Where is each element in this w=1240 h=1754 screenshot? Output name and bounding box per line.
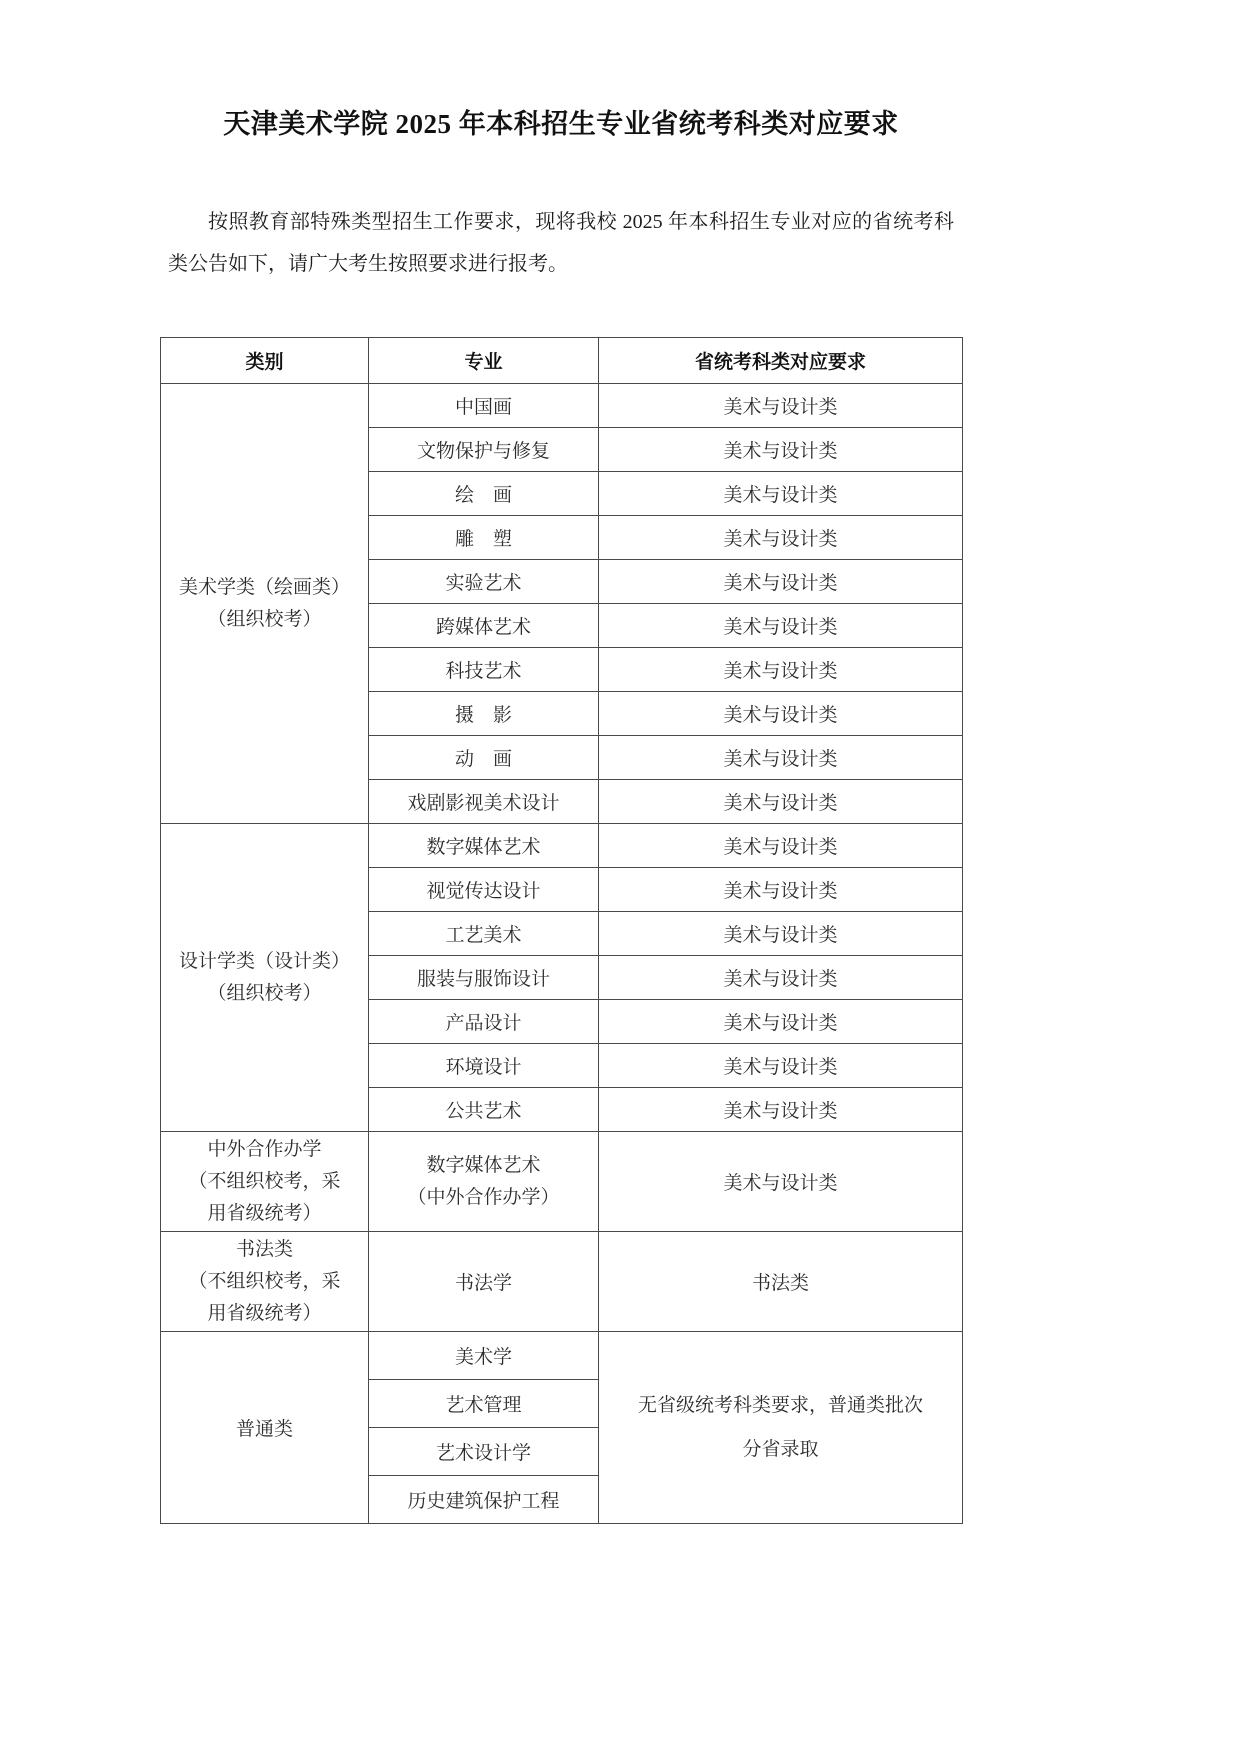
major-cell: 视觉传达设计 xyxy=(369,868,599,912)
header-cell-requirement: 省统考科类对应要求 xyxy=(599,338,963,384)
requirement-cell: 美术与设计类 xyxy=(599,1000,963,1044)
requirement-cell: 美术与设计类 xyxy=(599,824,963,868)
requirement-cell: 美术与设计类 xyxy=(599,516,963,560)
major-cell: 科技艺术 xyxy=(369,648,599,692)
category-cell-calligraphy: 书法类 （不组织校考，采 用省级统考） xyxy=(161,1232,369,1332)
major-cell: 产品设计 xyxy=(369,1000,599,1044)
requirement-cell: 美术与设计类 xyxy=(599,956,963,1000)
admissions-requirement-table: 类别 专业 省统考科类对应要求 美术学类（绘画类） （组织校考） 中国画 美术与… xyxy=(160,337,963,1524)
requirement-cell: 美术与设计类 xyxy=(599,428,963,472)
header-cell-major: 专业 xyxy=(369,338,599,384)
requirement-cell: 美术与设计类 xyxy=(599,912,963,956)
header-cell-category: 类别 xyxy=(161,338,369,384)
category-line: 美术学类（绘画类） xyxy=(165,572,364,604)
major-cell: 动 画 xyxy=(369,736,599,780)
table-row: 中外合作办学 （不组织校考，采 用省级统考） 数字媒体艺术 （中外合作办学） 美… xyxy=(161,1132,963,1232)
major-line: （中外合作办学） xyxy=(373,1182,594,1214)
requirement-cell: 美术与设计类 xyxy=(599,472,963,516)
intro-paragraph: 按照教育部特殊类型招生工作要求，现将我校 2025 年本科招生专业对应的省统考科… xyxy=(168,201,954,285)
major-cell: 环境设计 xyxy=(369,1044,599,1088)
major-cell: 雕 塑 xyxy=(369,516,599,560)
major-cell: 美术学 xyxy=(369,1332,599,1380)
category-line: 中外合作办学 xyxy=(165,1134,364,1166)
category-cell-design: 设计学类（设计类） （组织校考） xyxy=(161,824,369,1132)
table-row: 书法类 （不组织校考，采 用省级统考） 书法学 书法类 xyxy=(161,1232,963,1332)
major-cell: 工艺美术 xyxy=(369,912,599,956)
requirement-cell-general: 无省级统考科类要求，普通类批次 分省录取 xyxy=(599,1332,963,1524)
major-cell: 数字媒体艺术 （中外合作办学） xyxy=(369,1132,599,1232)
major-cell: 公共艺术 xyxy=(369,1088,599,1132)
major-cell: 戏剧影视美术设计 xyxy=(369,780,599,824)
table-row: 设计学类（设计类） （组织校考） 数字媒体艺术 美术与设计类 xyxy=(161,824,963,868)
requirement-cell: 美术与设计类 xyxy=(599,1132,963,1232)
category-cell-general: 普通类 xyxy=(161,1332,369,1524)
major-cell: 艺术设计学 xyxy=(369,1428,599,1476)
requirement-cell: 美术与设计类 xyxy=(599,780,963,824)
requirement-cell: 美术与设计类 xyxy=(599,736,963,780)
category-line: （组织校考） xyxy=(165,604,364,636)
page-title: 天津美术学院 2025 年本科招生专业省统考科类对应要求 xyxy=(160,102,962,141)
requirement-cell: 美术与设计类 xyxy=(599,648,963,692)
major-cell: 历史建筑保护工程 xyxy=(369,1476,599,1524)
major-cell: 艺术管理 xyxy=(369,1380,599,1428)
major-cell: 文物保护与修复 xyxy=(369,428,599,472)
category-line: （不组织校考，采 xyxy=(165,1266,364,1298)
category-line: （组织校考） xyxy=(165,978,364,1010)
requirement-cell: 美术与设计类 xyxy=(599,604,963,648)
category-line: 书法类 xyxy=(165,1234,364,1266)
requirement-cell: 美术与设计类 xyxy=(599,1044,963,1088)
major-cell: 服装与服饰设计 xyxy=(369,956,599,1000)
major-cell: 书法学 xyxy=(369,1232,599,1332)
major-line: 数字媒体艺术 xyxy=(373,1150,594,1182)
table-row: 美术学类（绘画类） （组织校考） 中国画 美术与设计类 xyxy=(161,384,963,428)
document-page: 天津美术学院 2025 年本科招生专业省统考科类对应要求 按照教育部特殊类型招生… xyxy=(160,0,962,1524)
table-header-row: 类别 专业 省统考科类对应要求 xyxy=(161,338,963,384)
category-cell-sino-foreign: 中外合作办学 （不组织校考，采 用省级统考） xyxy=(161,1132,369,1232)
major-cell: 摄 影 xyxy=(369,692,599,736)
category-line: （不组织校考，采 xyxy=(165,1166,364,1198)
requirement-cell: 美术与设计类 xyxy=(599,560,963,604)
category-line: 用省级统考） xyxy=(165,1198,364,1230)
major-cell: 跨媒体艺术 xyxy=(369,604,599,648)
requirement-cell: 美术与设计类 xyxy=(599,384,963,428)
requirement-cell: 美术与设计类 xyxy=(599,692,963,736)
category-cell-fine-arts: 美术学类（绘画类） （组织校考） xyxy=(161,384,369,824)
requirement-line: 分省录取 xyxy=(603,1428,958,1472)
major-cell: 中国画 xyxy=(369,384,599,428)
major-cell: 实验艺术 xyxy=(369,560,599,604)
requirement-cell: 美术与设计类 xyxy=(599,1088,963,1132)
major-cell: 绘 画 xyxy=(369,472,599,516)
requirement-line: 无省级统考科类要求，普通类批次 xyxy=(603,1384,958,1428)
major-cell: 数字媒体艺术 xyxy=(369,824,599,868)
category-line: 用省级统考） xyxy=(165,1298,364,1330)
requirement-cell: 书法类 xyxy=(599,1232,963,1332)
requirement-cell: 美术与设计类 xyxy=(599,868,963,912)
table-row: 普通类 美术学 无省级统考科类要求，普通类批次 分省录取 xyxy=(161,1332,963,1380)
category-line: 设计学类（设计类） xyxy=(165,946,364,978)
